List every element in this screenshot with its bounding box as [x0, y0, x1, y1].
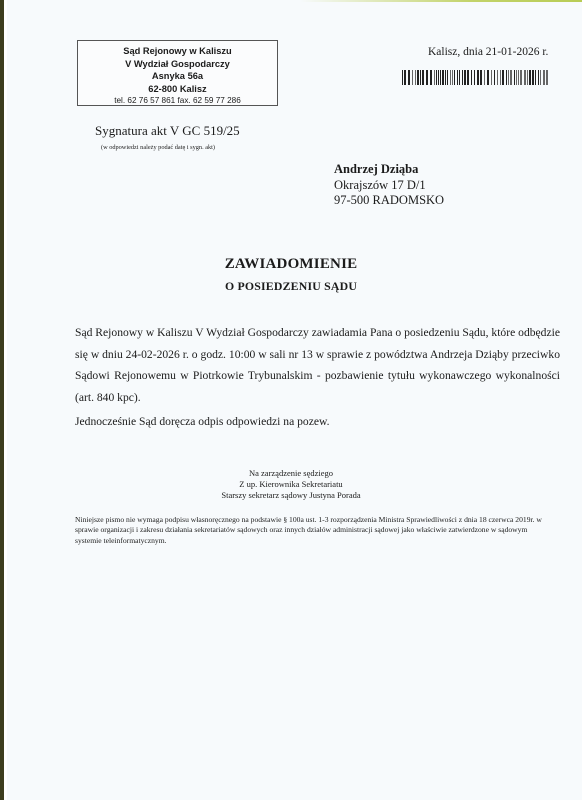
- court-department: V Wydział Gospodarczy: [78, 58, 277, 71]
- addressee-street: Okrajszów 17 D/1: [334, 178, 444, 194]
- case-reference-note: (w odpowiedzi należy podać datę i sygn. …: [101, 144, 215, 151]
- notice-paragraph: Sąd Rejonowy w Kaliszu V Wydział Gospoda…: [75, 322, 560, 408]
- addressee-name: Andrzej Dziąba: [334, 162, 444, 178]
- addressee-postal-city: 97-500 RADOMSKO: [334, 193, 444, 209]
- case-reference: Sygnatura akt V GC 519/25: [95, 123, 240, 139]
- document-date: Kalisz, dnia 21-01-2026 r.: [428, 46, 548, 58]
- court-postal-city: 62-800 Kalisz: [78, 83, 277, 96]
- court-stamp: Sąd Rejonowy w Kaliszu V Wydział Gospoda…: [77, 40, 278, 106]
- signature-block: Na zarządzenie sędziego Z up. Kierownika…: [0, 468, 582, 501]
- scan-edge-left-margin: [4, 0, 7, 800]
- footer-legal-note: Niniejsze pismo nie wymaga podpisu własn…: [75, 515, 555, 546]
- barcode-icon: [402, 70, 552, 85]
- signature-line-2: Z up. Kierownika Sekretariatu: [0, 479, 582, 490]
- addressee-block: Andrzej Dziąba Okrajszów 17 D/1 97-500 R…: [334, 162, 444, 209]
- court-contact: tel. 62 76 57 861 fax. 62 59 77 286: [78, 95, 277, 108]
- document-subtitle: O POSIEDZENIU SĄDU: [0, 279, 582, 294]
- signature-line-3: Starszy sekretarz sądowy Justyna Porada: [0, 490, 582, 501]
- service-paragraph: Jednocześnie Sąd doręcza odpis odpowiedz…: [75, 415, 330, 428]
- document-title: ZAWIADOMIENIE: [0, 256, 582, 273]
- scan-edge-top: [300, 0, 582, 2]
- court-street: Asnyka 56a: [78, 70, 277, 83]
- signature-line-1: Na zarządzenie sędziego: [0, 468, 582, 479]
- court-name: Sąd Rejonowy w Kaliszu: [78, 45, 277, 58]
